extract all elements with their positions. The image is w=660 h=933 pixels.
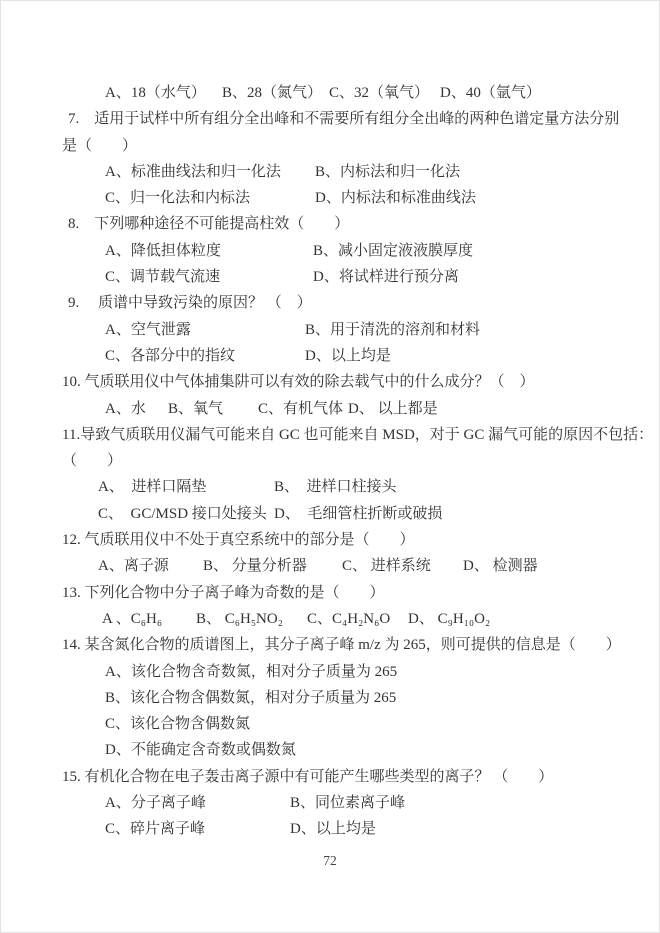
question-10-stem: 10. 气质联用仪中气体捕集阱可以有效的除去载气中的什么成分？（ ） xyxy=(62,369,620,395)
option-14-d: D、不能确定含奇数或偶数氮 xyxy=(62,737,620,763)
question-12-options-row: A、离子源 B、 分量分析器 C、 进样系统 D、 检测器 xyxy=(62,553,620,579)
question-12-stem: 12. 气质联用仪中不处于真空系统中的部分是（ ） xyxy=(62,527,620,553)
question-15-options-cd: C、碎片离子峰 D、以上均是 xyxy=(62,816,620,842)
option-8-c: C、调节载气流速 xyxy=(105,264,313,290)
question-list: A、18（水气） B、28（氮气） C、32（氧气） D、40（氩气） 7. 适… xyxy=(62,80,620,843)
option-10-a: A、水 xyxy=(105,396,168,422)
question-11-stem: 11.导致气质联用仪漏气可能来自 GC 也可能来自 MSD，对于 GC 漏气可能… xyxy=(62,422,620,448)
question-15-options-ab: A、分子离子峰 B、同位素离子峰 xyxy=(62,790,620,816)
option-10-b: B、氧气 xyxy=(168,396,258,422)
option-11-a: A、 进样口隔垫 xyxy=(98,474,274,500)
option-7-a: A、标准曲线法和归一化法 xyxy=(105,159,315,185)
question-10-options-row: A、水 B、氧气 C、有机气体 D、 以上都是 xyxy=(62,396,620,422)
option-15-d: D、以上均是 xyxy=(290,816,376,842)
question-11-options-cd: C、 GC/MSD 接口处接头 D、 毛细管柱折断或破损 xyxy=(62,501,620,527)
question-11-options-ab: A、 进样口隔垫 B、 进样口柱接头 xyxy=(62,474,620,500)
option-8-a: A、降低担体粒度 xyxy=(105,238,313,264)
question-8-options-ab: A、降低担体粒度 B、减小固定液液膜厚度 xyxy=(62,238,620,264)
option-9-a: A、空气泄露 xyxy=(105,317,305,343)
option-13-b: B、 C₆H₅NO₂ xyxy=(196,606,307,632)
option-14-c: C、该化合物含偶数氮 xyxy=(62,711,620,737)
option-7-c: C、归一化法和内标法 xyxy=(105,185,315,211)
option-7-b: B、内标法和归一化法 xyxy=(315,159,460,185)
option-11-b: B、 进样口柱接头 xyxy=(274,474,397,500)
option-9-d: D、以上均是 xyxy=(305,343,391,369)
option-6-a: A、18（水气） xyxy=(105,80,222,106)
option-12-c: C、 进样系统 xyxy=(342,553,463,579)
question-7-stem-continuation: 是（ ） xyxy=(62,133,620,159)
option-15-a: A、分子离子峰 xyxy=(105,790,290,816)
question-8-stem: 8. 下列哪种途径不可能提高柱效（ ） xyxy=(62,211,620,237)
option-14-a: A、该化合物含奇数氮，相对分子质量为 265 xyxy=(62,659,620,685)
question-6-options-row: A、18（水气） B、28（氮气） C、32（氧气） D、40（氩气） xyxy=(62,80,620,106)
question-9-options-ab: A、空气泄露 B、用于清洗的溶剂和材料 xyxy=(62,317,620,343)
option-14-b: B、该化合物含偶数氮，相对分子质量为 265 xyxy=(62,685,620,711)
option-13-c: C、C₄H₂N₆O xyxy=(307,606,408,632)
exam-document-page: A、18（水气） B、28（氮气） C、32（氧气） D、40（氩气） 7. 适… xyxy=(0,0,660,933)
option-6-d: D、40（氩气） xyxy=(440,80,541,106)
option-10-d: D、 以上都是 xyxy=(348,396,438,422)
page-number: 72 xyxy=(0,853,660,869)
question-11-stem-continuation: （ ） xyxy=(62,448,620,474)
question-9-options-cd: C、各部分中的指纹 D、以上均是 xyxy=(62,343,620,369)
option-13-d: D、 C₉H₁₀O₂ xyxy=(408,606,490,632)
option-11-c: C、 GC/MSD 接口处接头 xyxy=(98,501,274,527)
question-7-stem: 7. 适用于试样中所有组分全出峰和不需要所有组分全出峰的两种色谱定量方法分别 xyxy=(62,106,620,132)
option-15-c: C、碎片离子峰 xyxy=(105,816,290,842)
option-13-a: A 、C₆H₆ xyxy=(102,606,196,632)
question-13-options-row: A 、C₆H₆ B、 C₆H₅NO₂ C、C₄H₂N₆O D、 C₉H₁₀O₂ xyxy=(62,606,620,632)
option-15-b: B、同位素离子峰 xyxy=(290,790,405,816)
option-12-d: D、 检测器 xyxy=(463,553,538,579)
question-8-options-cd: C、调节载气流速 D、将试样进行预分离 xyxy=(62,264,620,290)
question-7-options-ab: A、标准曲线法和归一化法 B、内标法和归一化法 xyxy=(62,159,620,185)
option-12-b: B、 分量分析器 xyxy=(203,553,342,579)
option-9-c: C、各部分中的指纹 xyxy=(105,343,305,369)
option-12-a: A、离子源 xyxy=(98,553,203,579)
question-7-options-cd: C、归一化法和内标法 D、内标法和标准曲线法 xyxy=(62,185,620,211)
option-10-c: C、有机气体 xyxy=(258,396,348,422)
question-9-stem: 9. 质谱中导致污染的原因？ （ ） xyxy=(62,290,620,316)
option-9-b: B、用于清洗的溶剂和材料 xyxy=(305,317,480,343)
option-6-c: C、32（氧气） xyxy=(329,80,440,106)
option-11-d: D、 毛细管柱折断或破损 xyxy=(274,501,442,527)
question-15-stem: 15. 有机化合物在电子轰击离子源中有可能产生哪些类型的离子？ （ ） xyxy=(62,764,620,790)
option-8-b: B、减小固定液液膜厚度 xyxy=(313,238,473,264)
option-7-d: D、内标法和标准曲线法 xyxy=(315,185,476,211)
question-13-stem: 13. 下列化合物中分子离子峰为奇数的是（ ） xyxy=(62,580,620,606)
option-6-b: B、28（氮气） xyxy=(222,80,329,106)
question-14-stem: 14. 某含氮化合物的质谱图上，其分子离子峰 m/z 为 265，则可提供的信息… xyxy=(62,632,620,658)
option-8-d: D、将试样进行预分离 xyxy=(313,264,459,290)
